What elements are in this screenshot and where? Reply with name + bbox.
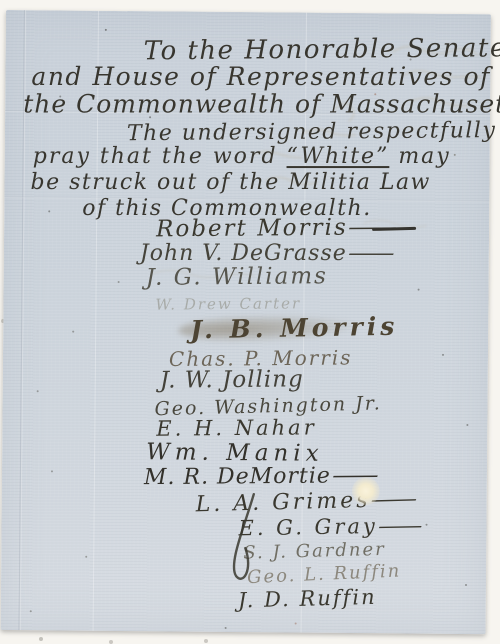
signature-name: E. G. Gray [238,514,378,540]
signature-name: J. B. Morris [190,312,399,345]
stray-ink-dash [372,227,416,231]
signature-name: S. J. Gardner [243,539,386,564]
signature-name: L. A. Grimes [195,488,370,518]
signature-e-h-nahar: E. H. Nahar [156,415,317,440]
signature-john-v-degrasse: John V. DeGrasse— [140,241,384,266]
signature-j-b-morris: J. B. Morris [190,312,399,345]
signature-name: Robert Morris [156,215,348,243]
body-line-2-prefix: pray that the word [33,144,287,169]
paper-light-spot [352,477,380,505]
signature-m-r-demortie: M. R. DeMortie— [144,463,368,490]
scan-background: To the Honorable Senate and House of Rep… [0,0,500,644]
signature-j-g-williams: J. G. Williams [146,263,328,291]
body-line-3: be struck out of the Militia Law [31,170,431,195]
paper-speckles [6,10,8,12]
signature-name: Geo. L. Ruffin [247,560,402,588]
body-line-1: The undersigned respectfully [127,118,497,146]
signature-faint-erased: W. Drew Carter [155,294,301,313]
signature-geo-l-ruffin: Geo. L. Ruffin [247,560,402,588]
salutation-line-3: the Commonwealth of Massachusetts [23,89,500,118]
signature-s-j-gardner: S. J. Gardner [243,539,386,564]
signature-robert-morris: Robert Morris— [156,214,387,242]
underlined-word-white: “White” [287,144,390,169]
signature-name: J. G. Williams [146,263,328,291]
signature-name: E. H. Nahar [156,415,317,440]
signature-j-w-jolling: J. W. Jolling [160,366,304,393]
signature-dash: — [347,241,398,266]
body-line-2-suffix: may [389,144,450,169]
signature-name: J. D. Ruffin [238,585,377,613]
signature-name: M. R. DeMortie [144,464,331,491]
signature-e-g-gray: E. G. Gray— [238,513,416,540]
scan-dust-speckles [0,0,2,2]
signature-name: J. W. Jolling [160,366,304,393]
body-line-2: pray that the word “White” may [33,144,451,169]
signature-name: W. Drew Carter [155,294,301,313]
salutation-line-2: and House of Representatives of [31,62,490,91]
signature-j-d-ruffin: J. D. Ruffin [238,585,377,613]
signature-name: Wm. Manix [146,439,324,467]
petition-document: To the Honorable Senate and House of Rep… [1,10,491,634]
signature-wm-manix: Wm. Manix [146,439,324,467]
signature-dash: — [377,513,430,538]
